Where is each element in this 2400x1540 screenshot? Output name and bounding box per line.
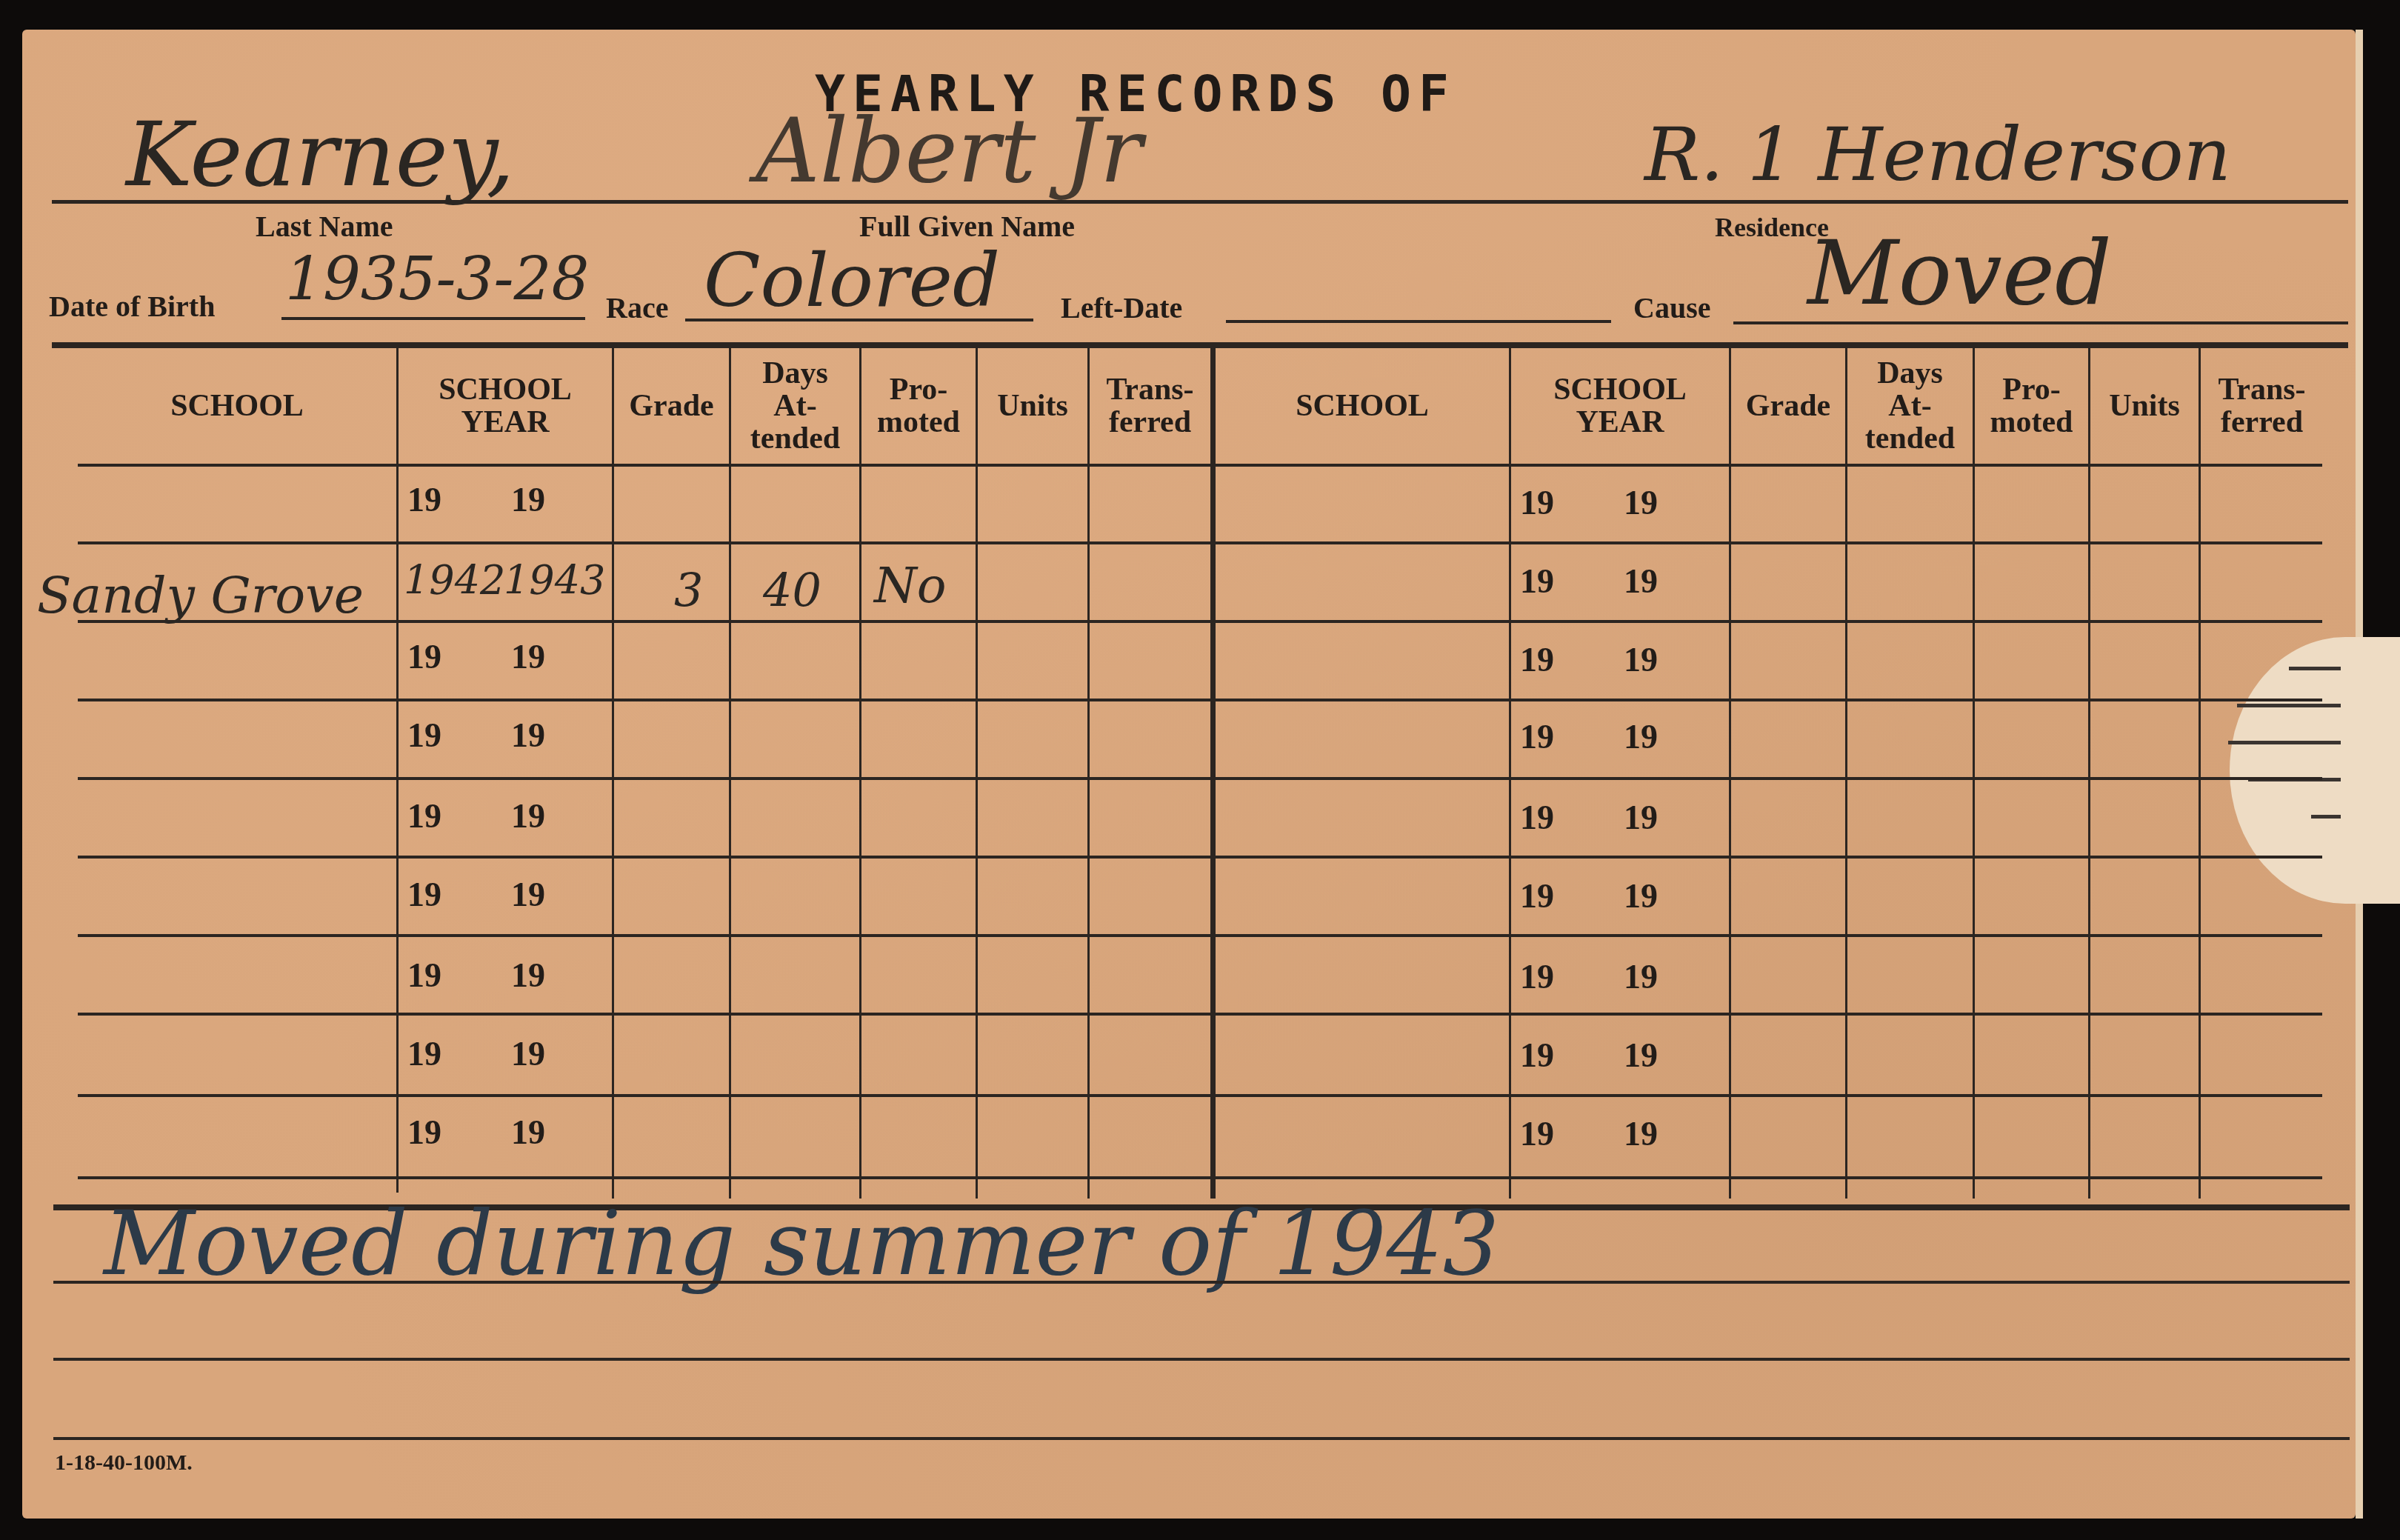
- col-header-school: SCHOOL: [78, 348, 396, 464]
- last-name-label: Last Name: [256, 209, 393, 244]
- year-from[interactable]: 1942: [404, 557, 505, 604]
- col-divider: [729, 347, 731, 1199]
- race-label: Race: [606, 290, 668, 325]
- dob-label: Date of Birth: [49, 289, 215, 324]
- row-rule: [78, 934, 2322, 937]
- row-rule: [78, 777, 2322, 780]
- year-to[interactable]: 19: [1624, 798, 1658, 837]
- cause-label: Cause: [1633, 290, 1710, 325]
- year-from[interactable]: 19: [1520, 483, 1554, 522]
- year-to[interactable]: 19: [511, 796, 545, 836]
- last-name-value[interactable]: Kearney,: [126, 104, 515, 207]
- col-header-transferred: Trans-ferred: [1090, 348, 1210, 464]
- col-divider: [1973, 347, 1975, 1199]
- year-from[interactable]: 19: [407, 716, 441, 755]
- days-attended-value[interactable]: 40: [763, 563, 821, 617]
- year-to[interactable]: 19: [511, 875, 545, 914]
- residence-value[interactable]: R. 1 Henderson: [1644, 111, 2231, 198]
- col-header-days-attended-right: DaysAt-tended: [1847, 348, 1973, 464]
- col-divider: [612, 347, 614, 1199]
- year-from[interactable]: 19: [1520, 1036, 1554, 1075]
- notes-rule: [53, 1437, 2350, 1440]
- col-divider: [2088, 347, 2090, 1199]
- dob-value[interactable]: 1935-3-28: [285, 244, 589, 313]
- year-from[interactable]: 19: [1520, 957, 1554, 996]
- col-divider: [1087, 347, 1090, 1199]
- year-from[interactable]: 19: [407, 796, 441, 836]
- year-to[interactable]: 19: [511, 1034, 545, 1073]
- col-header-grade-right: Grade: [1731, 348, 1845, 464]
- year-to[interactable]: 19: [1624, 957, 1658, 996]
- promoted-value[interactable]: No: [874, 557, 947, 614]
- form-number: 1-18-40-100M.: [55, 1450, 193, 1476]
- given-name-value[interactable]: Albert Jr: [756, 100, 1142, 203]
- row-rule: [78, 1013, 2322, 1016]
- year-from[interactable]: 19: [407, 480, 441, 519]
- col-divider: [1509, 347, 1511, 1199]
- col-divider: [396, 347, 399, 1193]
- year-to[interactable]: 19: [1624, 640, 1658, 679]
- col-divider: [859, 347, 861, 1199]
- year-from[interactable]: 19: [1520, 1114, 1554, 1153]
- left-date-rule: [1226, 320, 1611, 323]
- col-header-units: Units: [978, 348, 1087, 464]
- notes-rule: [53, 1281, 2350, 1284]
- col-header-promoted-right: Pro-moted: [1975, 348, 2088, 464]
- col-header-school-right: SCHOOL: [1216, 348, 1509, 464]
- center-divider: [1210, 347, 1216, 1199]
- row-rule: [78, 699, 2322, 701]
- col-header-days-attended: DaysAt-tended: [731, 348, 859, 464]
- col-header-units-right: Units: [2090, 348, 2199, 464]
- col-divider: [1845, 347, 1847, 1199]
- col-header-school-year-right: SCHOOLYEAR: [1511, 348, 1729, 464]
- year-from[interactable]: 19: [1520, 798, 1554, 837]
- year-to[interactable]: 19: [511, 956, 545, 995]
- dob-rule: [281, 317, 585, 320]
- race-value[interactable]: Colored: [704, 237, 1000, 324]
- col-header-grade: Grade: [614, 348, 729, 464]
- notes-rule: [53, 1358, 2350, 1361]
- col-divider: [2199, 347, 2201, 1199]
- year-from[interactable]: 19: [407, 956, 441, 995]
- year-from[interactable]: 19: [407, 875, 441, 914]
- year-from[interactable]: 19: [1520, 640, 1554, 679]
- row-rule: [78, 1094, 2322, 1097]
- row-rule: [78, 856, 2322, 859]
- cause-value[interactable]: Moved: [1807, 222, 2112, 325]
- year-to[interactable]: 19: [1624, 717, 1658, 756]
- row-rule: [78, 1176, 2322, 1179]
- row-rule: [78, 541, 2322, 544]
- year-to[interactable]: 19: [1624, 483, 1658, 522]
- year-to[interactable]: 19: [511, 716, 545, 755]
- col-divider: [976, 347, 978, 1199]
- grade-value[interactable]: 3: [674, 563, 703, 617]
- col-header-promoted: Pro-moted: [861, 348, 976, 464]
- year-from[interactable]: 19: [407, 1113, 441, 1152]
- notch-rule: [2289, 667, 2341, 670]
- col-header-school-year: SCHOOLYEAR: [399, 348, 612, 464]
- year-from[interactable]: 19: [1520, 876, 1554, 916]
- col-header-transferred-right: Trans-ferred: [2201, 348, 2323, 464]
- year-to[interactable]: 1943: [504, 557, 605, 604]
- year-from[interactable]: 19: [1520, 717, 1554, 756]
- left-date-label: Left-Date: [1061, 290, 1182, 325]
- notch-rule: [2311, 815, 2341, 819]
- notch-rule: [2237, 704, 2341, 707]
- row-rule: [78, 620, 2322, 623]
- year-from[interactable]: 19: [407, 637, 441, 676]
- year-to[interactable]: 19: [511, 1113, 545, 1152]
- year-to[interactable]: 19: [1624, 561, 1658, 601]
- table-header-rule: [78, 464, 2322, 467]
- year-from[interactable]: 19: [407, 1034, 441, 1073]
- year-to[interactable]: 19: [1624, 1036, 1658, 1075]
- col-divider: [1729, 347, 1731, 1199]
- year-from[interactable]: 19: [1520, 561, 1554, 601]
- year-to[interactable]: 19: [1624, 1114, 1658, 1153]
- year-to[interactable]: 19: [511, 480, 545, 519]
- year-to[interactable]: 19: [511, 637, 545, 676]
- notch-rule: [2228, 741, 2341, 744]
- school-value[interactable]: Sandy Grove: [37, 567, 364, 625]
- year-to[interactable]: 19: [1624, 876, 1658, 916]
